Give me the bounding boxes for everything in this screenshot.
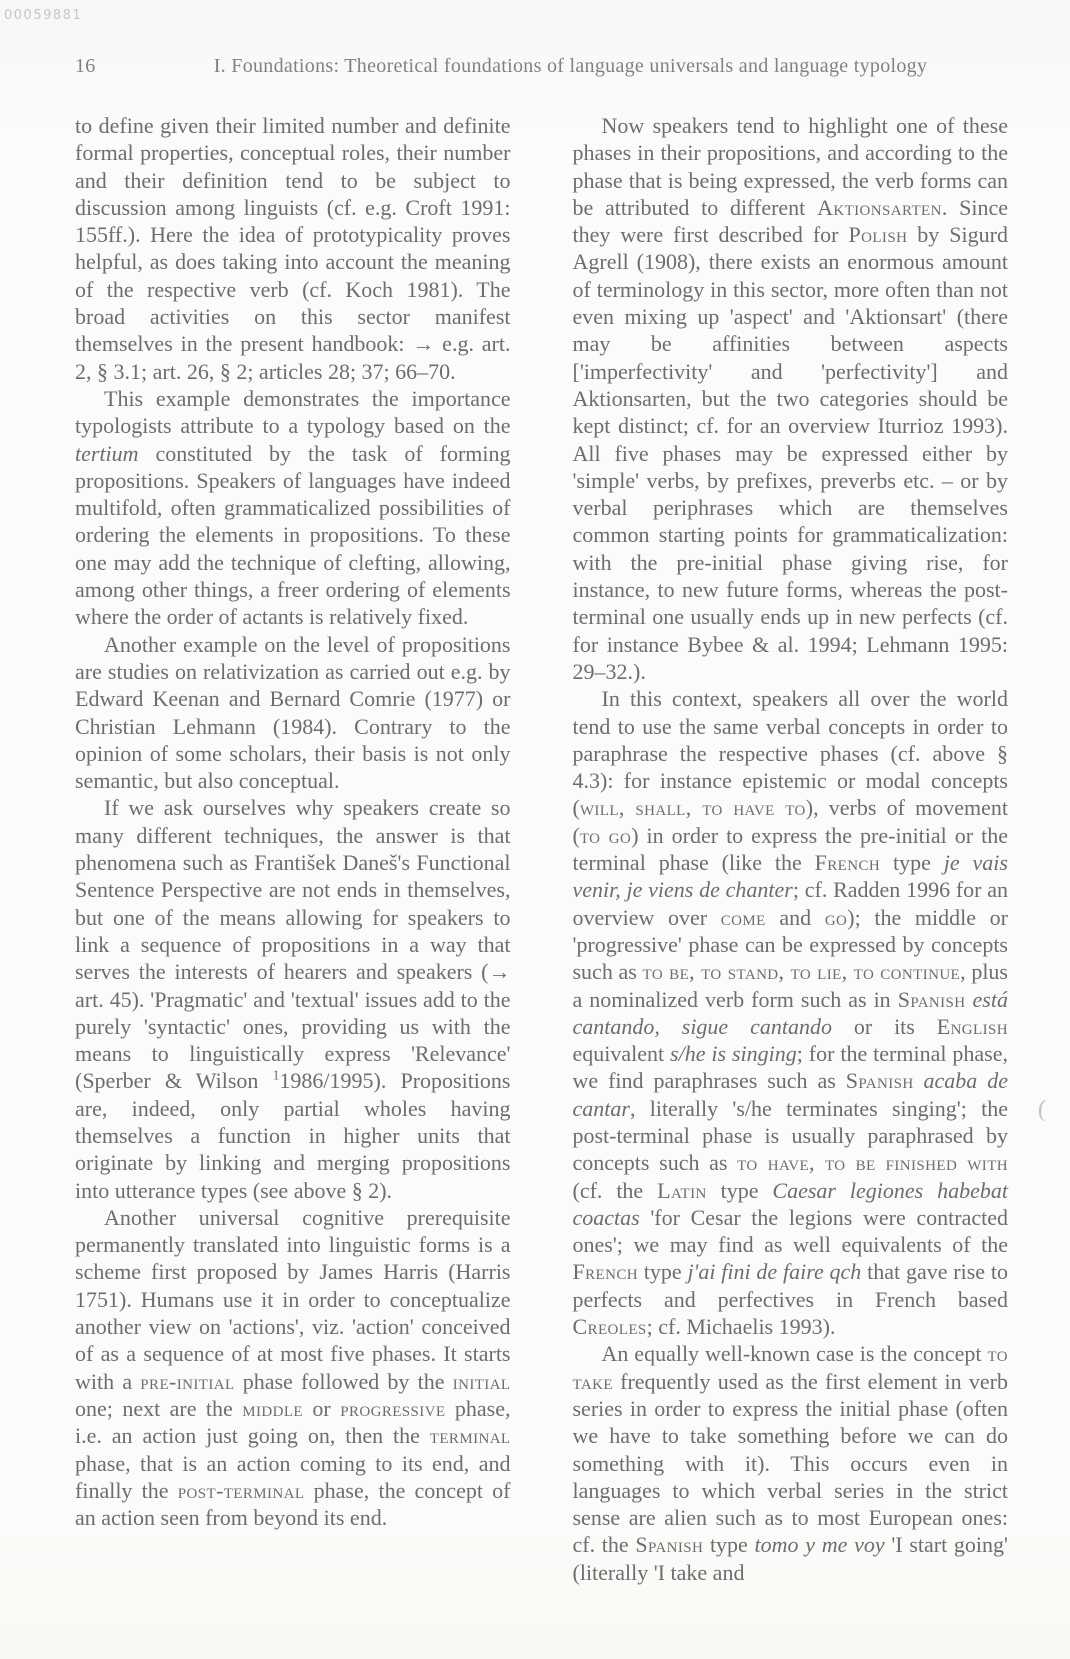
small-caps-term: middle — [242, 1396, 303, 1421]
body-text: An equally well-known case is the concep… — [602, 1341, 988, 1366]
small-caps-term: French — [573, 1259, 638, 1284]
italic-text: tertium — [75, 441, 139, 466]
small-caps-term: to be, to stand, to lie, to continue — [643, 959, 961, 984]
italic-text: tomo y me voy — [755, 1532, 885, 1557]
body-text: This example demonstrates the importance… — [75, 386, 511, 438]
paragraph: If we ask ourselves why speakers create … — [75, 794, 511, 1203]
running-header: 16 I. Foundations: Theoretical foundatio… — [75, 55, 1008, 78]
small-caps-term: Latin — [657, 1178, 707, 1203]
small-caps-term: come — [721, 905, 766, 930]
body-text: If we ask ourselves why speakers create … — [75, 795, 511, 1093]
italic-text: j'ai fini de faire qch — [688, 1259, 862, 1284]
paragraph: to define given their limited number and… — [75, 112, 511, 385]
body-text — [914, 1068, 924, 1093]
small-caps-term: to have, to be finished with — [737, 1150, 1008, 1175]
small-caps-term: Aktionsarten — [817, 195, 942, 220]
italic-text: s/he is singing — [670, 1041, 797, 1066]
text-columns: to define given their limited number and… — [75, 112, 1008, 1586]
body-text: by Sigurd Agrell (1908), there exists an… — [573, 222, 1009, 684]
page-number: 16 — [75, 55, 96, 78]
small-caps-term: to go — [580, 823, 631, 848]
body-text: or — [303, 1396, 340, 1421]
body-text: phase followed by the — [235, 1369, 453, 1394]
body-text: and — [766, 905, 825, 930]
small-caps-term: terminal — [430, 1423, 511, 1448]
small-caps-term: post-terminal — [178, 1478, 305, 1503]
small-caps-term: Spanish — [635, 1532, 703, 1557]
small-caps-term: will, shall, to have to — [580, 795, 806, 820]
small-caps-term: French — [815, 850, 880, 875]
body-text: equivalent — [573, 1041, 671, 1066]
body-text: or its — [832, 1014, 937, 1039]
body-text: type — [880, 850, 944, 875]
small-caps-term: Creoles — [573, 1314, 647, 1339]
body-text: frequently used as the first element in … — [573, 1369, 1009, 1558]
body-text — [966, 987, 973, 1012]
small-caps-term: Spanish — [898, 987, 966, 1012]
body-text: one; next are the — [75, 1396, 242, 1421]
paragraph: Another universal cognitive prerequisite… — [75, 1204, 511, 1532]
right-column: Now speakers tend to highlight one of th… — [573, 112, 1009, 1586]
scan-number: 00059881 — [4, 8, 82, 23]
small-caps-term: go — [825, 905, 847, 930]
small-caps-term: Polish — [849, 222, 908, 247]
running-header-title: I. Foundations: Theoretical foundations … — [75, 55, 1008, 78]
body-text: Another universal cognitive prerequisite… — [75, 1205, 511, 1394]
left-column: to define given their limited number and… — [75, 112, 511, 1586]
body-text: type — [638, 1259, 688, 1284]
body-text: type — [703, 1532, 754, 1557]
body-text: ; cf. Michaelis 1993). — [647, 1314, 836, 1339]
paragraph: An equally well-known case is the concep… — [573, 1340, 1009, 1586]
small-caps-term: Spanish — [846, 1068, 914, 1093]
small-caps-term: progressive — [340, 1396, 445, 1421]
paragraph: In this context, speakers all over the w… — [573, 685, 1009, 1340]
small-caps-term: pre-initial — [140, 1369, 234, 1394]
scan-artifact-mark: ( — [1037, 1096, 1047, 1123]
body-text: to define given their limited number and… — [75, 113, 511, 384]
paragraph: Now speakers tend to highlight one of th… — [573, 112, 1009, 685]
paragraph: Another example on the level of proposit… — [75, 631, 511, 795]
body-text: constituted by the task of forming propo… — [75, 441, 511, 630]
paragraph: This example demonstrates the importance… — [75, 385, 511, 631]
body-text: type — [707, 1178, 773, 1203]
small-caps-term: initial — [453, 1369, 511, 1394]
book-page: 00059881 16 I. Foundations: Theoretical … — [0, 0, 1070, 1659]
small-caps-term: English — [937, 1014, 1008, 1039]
body-text: Another example on the level of proposit… — [75, 632, 511, 793]
body-text: (cf. the — [573, 1178, 658, 1203]
